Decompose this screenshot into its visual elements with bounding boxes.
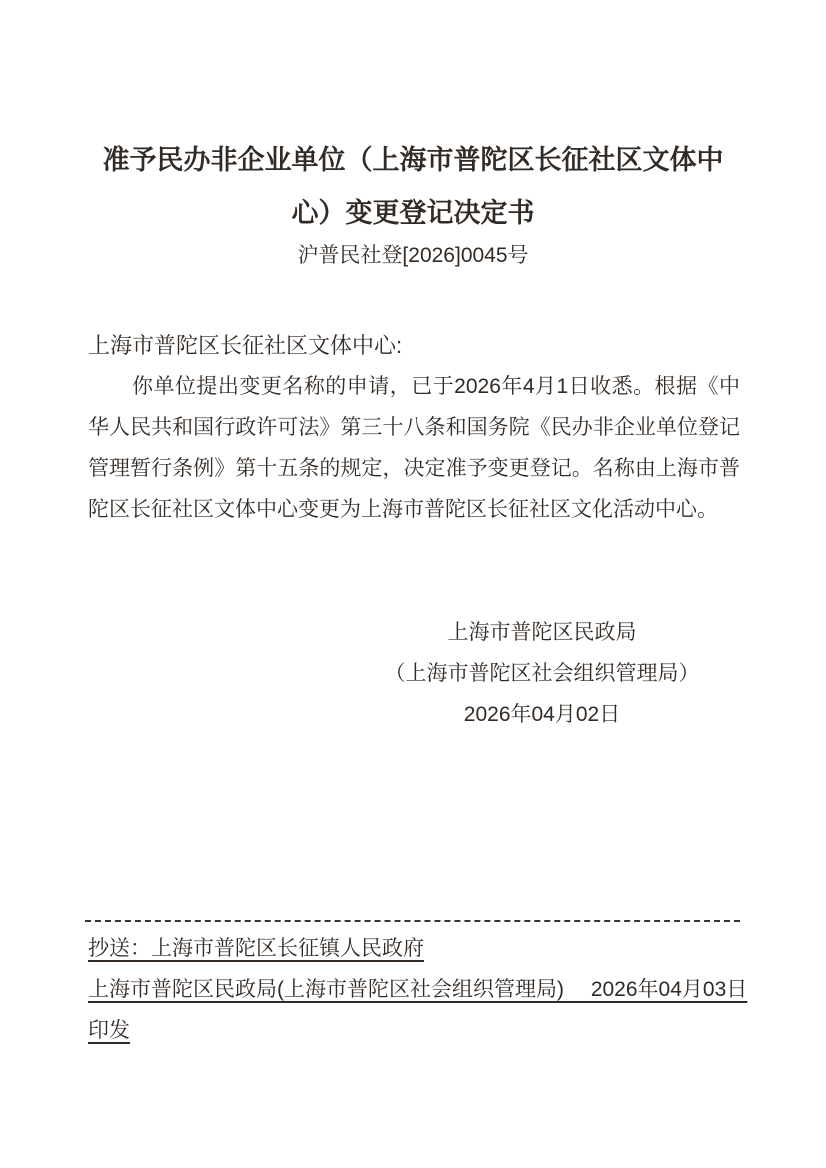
salutation: 上海市普陀区长征社区文体中心: (88, 325, 740, 366)
print-issue-line-text: 上海市普陀区民政局(上海市普陀区社会组织管理局) 2026年04月03日 (88, 978, 747, 1001)
print-issue-line-2-text: 印发 (88, 1019, 130, 1042)
issue-date: 2026年04月02日 (377, 694, 707, 735)
document-body: 上海市普陀区长征社区文体中心: 你单位提出变更名称的申请，已于2026年4月1日… (88, 325, 740, 530)
body-paragraph-line-4: 陀区长征社区文体中心变更为上海市普陀区长征社区文化活动中心。 (88, 489, 740, 530)
print-issue-line-2: 印发 (88, 1010, 808, 1051)
document-title-line-2: 心）变更登记决定书 (0, 187, 826, 240)
document-footer: 抄送：上海市普陀区长征镇人民政府 上海市普陀区民政局(上海市普陀区社会组织管理局… (88, 928, 808, 1051)
issuer-alias: （上海市普陀区社会组织管理局） (377, 653, 707, 694)
signature-block: 上海市普陀区民政局 （上海市普陀区社会组织管理局） 2026年04月02日 (377, 612, 707, 735)
issuer-name: 上海市普陀区民政局 (377, 612, 707, 653)
print-issue-line: 上海市普陀区民政局(上海市普陀区社会组织管理局) 2026年04月03日 (88, 969, 808, 1010)
document-title: 准予民办非企业单位（上海市普陀区长征社区文体中 心）变更登记决定书 (0, 134, 826, 240)
body-paragraph-line-2: 华人民共和国行政许可法》第三十八条和国务院《民办非企业单位登记 (88, 407, 740, 448)
body-paragraph-line-1: 你单位提出变更名称的申请，已于2026年4月1日收悉。根据《中 (88, 366, 740, 407)
document-title-line-1: 准予民办非企业单位（上海市普陀区长征社区文体中 (0, 134, 826, 187)
separator-dashed-line (85, 920, 740, 922)
cc-line: 抄送：上海市普陀区长征镇人民政府 (88, 928, 808, 969)
cc-line-text: 抄送：上海市普陀区长征镇人民政府 (88, 937, 424, 960)
document-page: { "page": { "background": "#ffffff", "te… (0, 0, 826, 1168)
document-number: 沪普民社登[2026]0045号 (0, 243, 826, 269)
body-paragraph-line-3: 管理暂行条例》第十五条的规定，决定准予变更登记。名称由上海市普 (88, 448, 740, 489)
